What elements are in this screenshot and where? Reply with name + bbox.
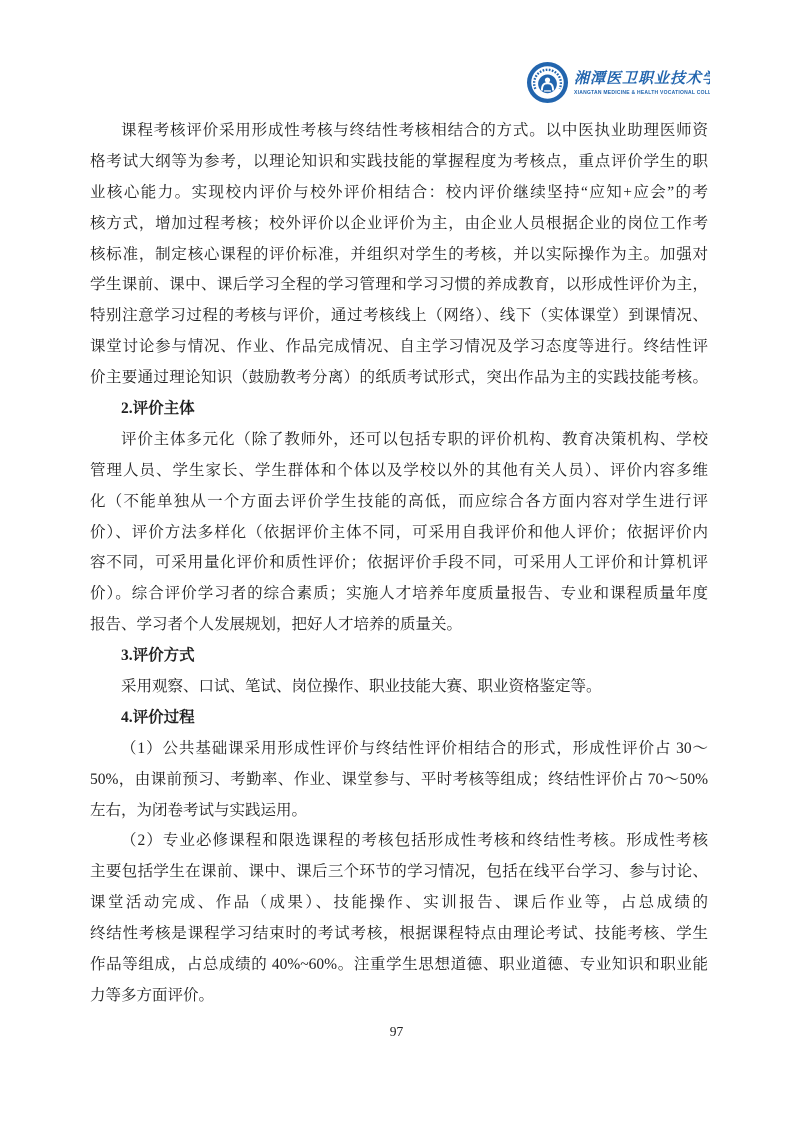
paragraph-line: 格考试大纲等为参考，以理论知识和实践技能的掌握程度为考核点，重点评价学生的职 <box>90 147 708 178</box>
paragraph-line: 业核心能力。实现校内评价与校外评价相结合：校内评价继续坚持“应知+应会”的考 <box>90 178 708 209</box>
paragraph-line: 价）、评价方法多样化（依据评价主体不同，可采用自我评价和他人评价；依据评价内 <box>90 518 708 549</box>
paragraph-line: 容不同，可采用量化评价和质性评价；依据评价手段不同，可采用人工评价和计算机评 <box>90 548 708 579</box>
paragraph-line: 50%，由课前预习、考勤率、作业、课堂参与、平时考核等组成；终结性评价占 70～… <box>90 765 708 796</box>
college-name: 湘潭医卫职业技术学院 <box>574 69 710 89</box>
section-heading-evaluation-subject: 2.评价主体 <box>90 394 708 425</box>
college-logo: 湘潭医卫职业技术学院 XIANGTAN MEDICINE & HEALTH VO… <box>526 59 710 106</box>
paragraph-line: 力等多方面评价。 <box>90 981 708 1012</box>
paragraph-line: 特别注意学习过程的考核与评价，通过考核线上（网络）、线下（实体课堂）到课情况、 <box>90 301 708 332</box>
section-heading-evaluation-method: 3.评价方式 <box>90 641 708 672</box>
college-name-en: XIANGTAN MEDICINE & HEALTH VOCATIONAL CO… <box>574 90 710 96</box>
paragraph-line: 课堂讨论参与情况、作业、作品完成情况、自主学习情况及学习态度等进行。终结性评 <box>90 332 708 363</box>
paragraph-line: 化（不能单独从一个方面去评价学生技能的高低，而应综合各方面内容对学生进行评 <box>90 487 708 518</box>
paragraph-line: 核方式，增加过程考核；校外评价以企业评价为主，由企业人员根据企业的岗位工作考 <box>90 209 708 240</box>
paragraph-line: 学生课前、课中、课后学习全程的学习管理和学习习惯的养成教育，以形成性评价为主， <box>90 270 708 301</box>
paragraph-line: 左右，为闭卷考试与实践运用。 <box>90 796 708 827</box>
college-emblem-icon <box>526 61 569 104</box>
paragraph-line: 课程考核评价采用形成性考核与终结性考核相结合的方式。以中医执业助理医师资 <box>90 116 708 147</box>
paragraph-line: 价主要通过理论知识（鼓励教考分离）的纸质考试形式，突出作品为主的实践技能考核。 <box>90 363 708 394</box>
paragraph-line: 评价主体多元化（除了教师外，还可以包括专职的评价机构、教育决策机构、学校 <box>90 425 708 456</box>
paragraph-line: 核标准，制定核心课程的评价标准，并组织对学生的考核，并以实际操作为主。加强对 <box>90 240 708 271</box>
document-page: 湘潭医卫职业技术学院 XIANGTAN MEDICINE & HEALTH VO… <box>0 0 793 1122</box>
paragraph-line: 价）。综合评价学习者的综合素质；实施人才培养年度质量报告、专业和课程质量年度 <box>90 579 708 610</box>
paragraph-line: （1）公共基础课采用形成性评价与终结性评价相结合的形式，形成性评价占 30～ <box>90 734 708 765</box>
paragraph-line: 作品等组成，占总成绩的 40%~60%。注重学生思想道德、职业道德、专业知识和职… <box>90 950 708 981</box>
paragraph-line: （2）专业必修课程和限选课程的考核包括形成性考核和终结性考核。形成性考核 <box>90 826 708 857</box>
paragraph-line: 管理人员、学生家长、学生群体和个体以及学校以外的其他有关人员）、评价内容多维 <box>90 456 708 487</box>
paragraph-line: 报告、学习者个人发展规划，把好人才培养的质量关。 <box>90 610 708 641</box>
document-body: 课程考核评价采用形成性考核与终结性考核相结合的方式。以中医执业助理医师资 格考试… <box>90 116 708 1012</box>
page-number: 97 <box>0 1024 793 1040</box>
paragraph-line: 终结性考核是课程学习结束时的考试考核，根据课程特点由理论考试、技能考核、学生 <box>90 919 708 950</box>
section-heading-evaluation-process: 4.评价过程 <box>90 703 708 734</box>
college-name-block: 湘潭医卫职业技术学院 XIANGTAN MEDICINE & HEALTH VO… <box>574 69 710 96</box>
paragraph-line: 采用观察、口试、笔试、岗位操作、职业技能大赛、职业资格鉴定等。 <box>90 672 708 703</box>
paragraph-line: 主要包括学生在课前、课中、课后三个环节的学习情况，包括在线平台学习、参与讨论、 <box>90 857 708 888</box>
paragraph-line: 课堂活动完成、作品（成果）、技能操作、实训报告、课后作业等，占总成绩的 40%~… <box>90 888 708 919</box>
